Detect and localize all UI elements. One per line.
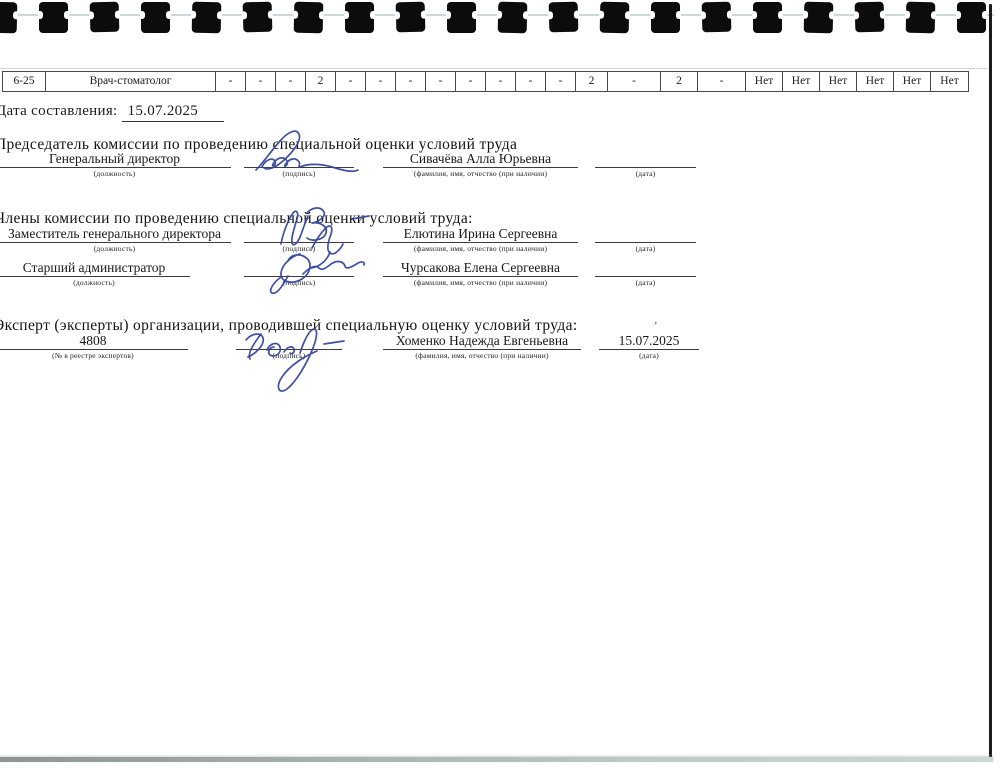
date-caption: (дата) — [595, 277, 696, 287]
name-caption: (фамилия, имя, отчество (при наличии) — [383, 277, 578, 287]
position-value: Генеральный директор — [0, 151, 231, 168]
date-value — [595, 260, 696, 277]
name-value: Чурсакова Елена Сергеевна — [383, 260, 578, 277]
signature-line — [244, 260, 354, 277]
compilation-date-line: Дата составления: 15.07.2025 — [0, 103, 224, 122]
scanned-document-page: { "table_row": { "cells": ["6-25","Врач-… — [0, 0, 1000, 773]
date-column: (дата) — [595, 151, 696, 178]
page-edge-shadow-bottom — [0, 757, 993, 762]
binding-clip — [906, 2, 936, 34]
date-column: (дата) — [595, 260, 696, 287]
table-cell: Нет — [894, 72, 931, 91]
table-cell: - — [608, 72, 661, 91]
position-caption: (должность) — [0, 277, 190, 287]
binding-clip — [39, 2, 68, 33]
scan-artifact-line — [0, 68, 988, 69]
binding-clip — [804, 2, 834, 34]
name-column: Елютина Ирина Сергеевна (фамилия, имя, о… — [383, 226, 578, 253]
table-cell: - — [336, 72, 366, 91]
binding-clip — [345, 2, 374, 33]
table-cell: - — [396, 72, 426, 91]
position-value: Старший администратор — [0, 260, 190, 277]
date-column: (дата) — [595, 226, 696, 253]
table-cell: 6-25 — [3, 72, 46, 91]
position-caption: (должность) — [0, 168, 231, 178]
expert-number-value: 4808 — [0, 333, 188, 350]
expert-number-caption: (№ в реестре экспертов) — [0, 350, 188, 360]
binding-clip — [549, 2, 579, 33]
binding-clip — [243, 2, 273, 33]
expert-signature-row: 4808 (№ в реестре экспертов) (подпись) Х… — [0, 333, 1000, 375]
table-cell: - — [698, 72, 746, 91]
binding-clip — [192, 2, 222, 34]
signature-line — [244, 226, 354, 243]
signature-column: (подпись) — [244, 260, 354, 287]
table-cell: Нет — [857, 72, 894, 91]
table-cell: 2 — [306, 72, 336, 91]
signature-caption: (подпись) — [236, 350, 342, 360]
table-cell: Нет — [746, 72, 783, 91]
table-cell: - — [456, 72, 486, 91]
table-cell: 2 — [576, 72, 608, 91]
signature-line — [244, 151, 354, 168]
name-column: Сивачёва Алла Юрьевна (фамилия, имя, отч… — [383, 151, 578, 178]
position-column: Заместитель генерального директора (долж… — [0, 226, 231, 253]
date-caption: (дата) — [595, 243, 696, 253]
signature-column: (подпись) — [244, 226, 354, 253]
binding-clip — [90, 2, 120, 33]
date-value — [595, 226, 696, 243]
name-column: Чурсакова Елена Сергеевна (фамилия, имя,… — [383, 260, 578, 287]
name-value: Елютина Ирина Сергеевна — [383, 226, 578, 243]
binding-clip — [294, 2, 324, 34]
table-cell: - — [546, 72, 576, 91]
position-caption: (должность) — [0, 243, 231, 253]
date-value — [595, 151, 696, 168]
assessment-table-row: 6-25 Врач-стоматолог - - - 2 - - - - - -… — [2, 71, 969, 92]
binding-clip — [600, 2, 630, 34]
compilation-date-label: Дата составления: — [0, 103, 117, 119]
signature-column: (подпись) — [244, 151, 354, 178]
name-caption: (фамилия, имя, отчество (при наличии) — [383, 243, 578, 253]
signature-line — [236, 333, 342, 350]
binding-clip — [498, 2, 528, 34]
chairman-signature-row: Генеральный директор (должность) (подпис… — [0, 151, 1000, 193]
table-cell: - — [366, 72, 396, 91]
position-value: Заместитель генерального директора — [0, 226, 231, 243]
signature-caption: (подпись) — [244, 243, 354, 253]
signature-column: (подпись) — [236, 333, 342, 360]
table-cell: Нет — [783, 72, 820, 91]
binding-clip — [753, 2, 782, 33]
table-cell: - — [246, 72, 276, 91]
table-cell: Нет — [820, 72, 857, 91]
name-caption: (фамилия, имя, отчество (при наличии) — [383, 350, 581, 360]
table-cell: - — [216, 72, 246, 91]
table-cell: 2 — [661, 72, 698, 91]
position-column: Генеральный директор (должность) — [0, 151, 231, 178]
page-edge-shadow-right — [989, 4, 992, 762]
member-signature-row: Старший администратор (должность) (подпи… — [0, 260, 1000, 302]
position-column: Старший администратор (должность) — [0, 260, 190, 287]
binding-clip — [447, 2, 476, 33]
signature-caption: (подпись) — [244, 168, 354, 178]
binding-clip — [141, 2, 170, 33]
table-cell: - — [276, 72, 306, 91]
table-cell: - — [516, 72, 546, 91]
binding-clip — [702, 2, 732, 33]
binding-clip — [651, 2, 680, 33]
binding-strip — [0, 2, 986, 33]
binding-clip — [396, 2, 426, 33]
binding-clip — [957, 2, 986, 33]
name-caption: (фамилия, имя, отчество (при наличии) — [383, 168, 578, 178]
binding-clip — [855, 2, 885, 33]
date-column: 15.07.2025 (дата) — [599, 333, 699, 360]
signature-caption: (подпись) — [244, 277, 354, 287]
table-cell: - — [426, 72, 456, 91]
table-cell: Нет — [931, 72, 968, 91]
date-value: 15.07.2025 — [599, 333, 699, 350]
pen-tick-artifact: ’ — [652, 320, 658, 333]
table-cell: Врач-стоматолог — [46, 72, 216, 91]
expert-number-column: 4808 (№ в реестре экспертов) — [0, 333, 188, 360]
compilation-date-value: 15.07.2025 — [122, 103, 225, 122]
date-caption: (дата) — [599, 350, 699, 360]
name-column: Хоменко Надежда Евгеньевна (фамилия, имя… — [383, 333, 581, 360]
name-value: Сивачёва Алла Юрьевна — [383, 151, 578, 168]
date-caption: (дата) — [595, 168, 696, 178]
table-cell: - — [486, 72, 516, 91]
binding-clip — [0, 2, 17, 34]
name-value: Хоменко Надежда Евгеньевна — [383, 333, 581, 350]
